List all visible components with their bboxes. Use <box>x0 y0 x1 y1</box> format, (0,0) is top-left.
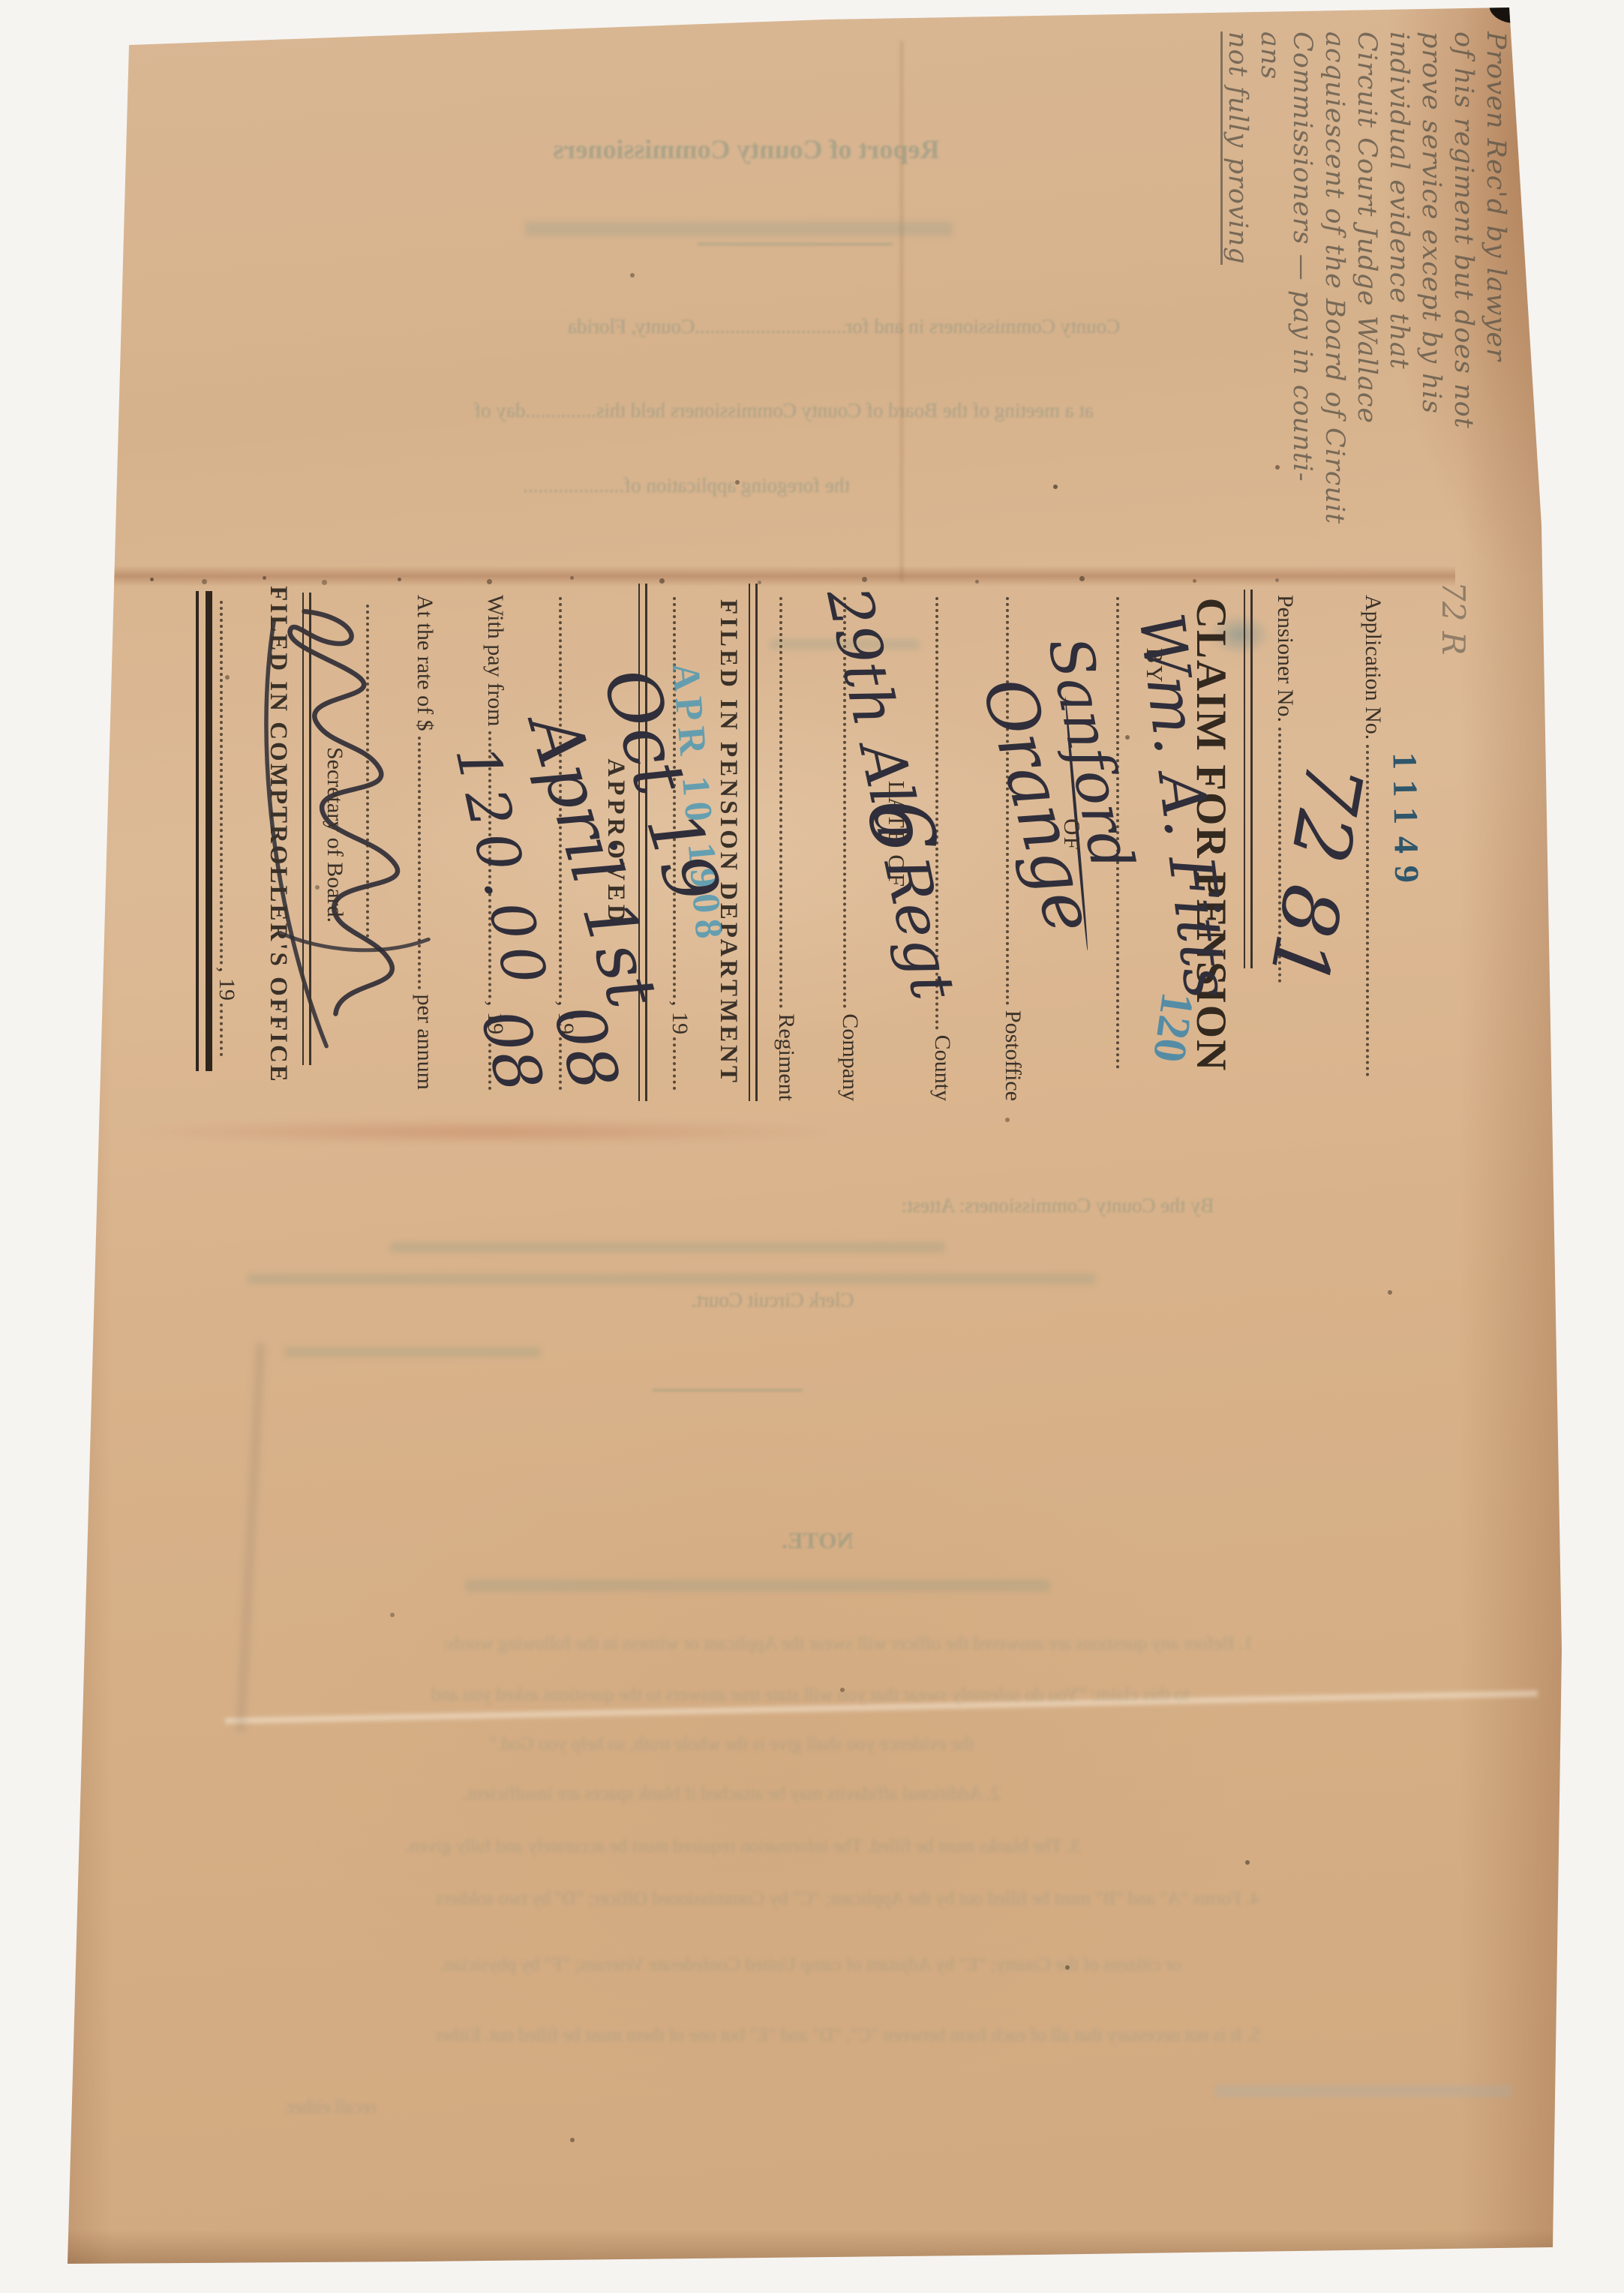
signature-line <box>360 602 370 940</box>
bleed-report-heading: Report of County Commissioners <box>420 134 1073 165</box>
postoffice-label: Postoffice <box>1000 1007 1025 1101</box>
bleed-note-line: 2. Additional affidavits may be attached… <box>390 1784 1073 1805</box>
pencil-note-line: Commissioners — pay in counti- <box>1286 32 1318 497</box>
application-number-stamp: 11149 <box>1387 752 1424 896</box>
pencil-note-line: prove service except by his <box>1415 32 1447 497</box>
bleed-clerk: Clerk Circuit Court. <box>645 1289 900 1312</box>
double-rule <box>302 593 311 1065</box>
bottom-edge-shadow <box>68 2229 1560 2264</box>
regiment-line: Regiment <box>773 595 799 1101</box>
bleed-note-line: the evidence you shall give is the whole… <box>420 1734 1043 1755</box>
bleed-rule <box>698 243 893 245</box>
bleed-subtitle-blur <box>525 222 953 236</box>
claim-form: Application No. 11149 Pensioner No. 72 8… <box>188 584 1511 1109</box>
bleed-note-subtitle-blur <box>465 1580 1050 1592</box>
pencil-note-line: Proven Rec'd by lawyer <box>1479 32 1511 497</box>
dotted-rule <box>673 1037 677 1090</box>
application-label: Application No. <box>1360 595 1385 743</box>
vertical-crease <box>900 41 903 581</box>
county-label: County <box>929 1032 955 1101</box>
bleed-note-line: recall either. <box>225 2097 435 2118</box>
secretary-label: Secretary of Board. <box>322 711 347 959</box>
pencil-note-line: acquiescent of the Board of Circuit <box>1318 32 1350 497</box>
pencil-note-line: Circuit Court Judge Wallace <box>1350 32 1382 497</box>
heavy-double-rule <box>196 591 212 1071</box>
paper-sheet: Report of County Commissioners County Co… <box>0 0 1624 2293</box>
bleed-blur-line-4 <box>285 1347 540 1357</box>
bleed-note-line: 5. It is not necessary that all of each … <box>225 2025 1470 2046</box>
bleed-note-line: 4. Forms "A" and "B" must be filled out … <box>225 1889 1470 1910</box>
scanned-document-page: Report of County Commissioners County Co… <box>0 0 1624 2293</box>
bleed-note-line: 1. Before any questions are answered the… <box>225 1634 1470 1655</box>
pencil-note-block: Proven Rec'd by lawyer of his regiment b… <box>1224 32 1511 497</box>
bleed-note-heading: NOTE. <box>255 1527 1380 1554</box>
bleed-note-line: 3. The blanks must be filled. The inform… <box>315 1836 1170 1857</box>
double-rule <box>749 584 758 1101</box>
company-label: Company <box>837 1010 863 1101</box>
bleed-blur-line-2 <box>390 1242 945 1253</box>
dotted-rule <box>366 605 370 938</box>
pencil-note-line: ans <box>1253 32 1286 497</box>
pencil-note-line: individual evidence that <box>1382 32 1415 497</box>
bleed-blur-line-3 <box>248 1274 1095 1284</box>
pay-year-handwritten: 08 <box>471 1004 551 1098</box>
printed-year-19: , 19 <box>667 1001 692 1034</box>
fold-crease-middle <box>128 1119 840 1145</box>
printed-year-19: , 19 <box>214 967 239 1001</box>
bleed-meeting-line: at a meeting of the Board of County Comm… <box>420 399 1148 422</box>
pensioner-label: Pensioner No. <box>1272 595 1298 725</box>
paper-specks <box>1053 485 1058 489</box>
pay-from-label: With pay from <box>482 595 508 729</box>
bleed-note-line: to this claim: "You do solemnly swear th… <box>225 1685 1395 1706</box>
regiment-label: Regiment <box>773 1010 799 1101</box>
comptroller-heading: FILED IN COMPTROLLER'S OFFICE <box>264 584 292 1086</box>
stain-lower <box>285 1410 1260 2123</box>
comptroller-date-line: , 19 <box>214 599 239 1056</box>
bleed-in-and-for-line: County Commissioners in and for.........… <box>420 315 1268 338</box>
bleed-note-line: or citizens of the County; "E" by Adjuta… <box>225 1955 1395 1976</box>
dotted-rule <box>220 601 224 965</box>
bleed-foregoing-line: the foregoing application of............… <box>420 474 953 497</box>
bleed-rule-2 <box>653 1389 803 1391</box>
crease-specks <box>150 578 154 581</box>
stain-left-edge <box>60 0 113 2293</box>
dotted-rule <box>220 1004 224 1056</box>
dotted-rule <box>779 597 783 1008</box>
pencil-note-line: of his regiment but does not <box>1447 32 1479 497</box>
pencil-note-underlined: not fully proving <box>1220 32 1253 265</box>
bleed-by-attest: By the County Commissioners: Attest: <box>848 1194 1268 1217</box>
double-rule <box>1244 590 1253 968</box>
scanner-glare <box>1215 2085 1511 2097</box>
